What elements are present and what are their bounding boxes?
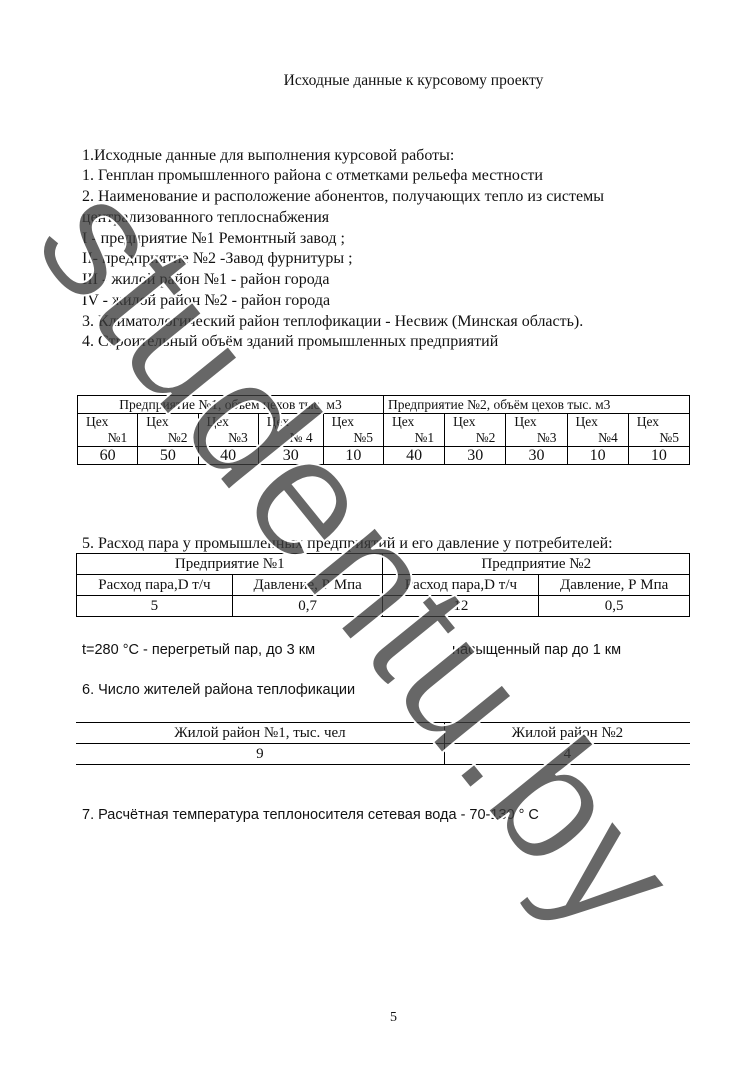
table-cell: 10 xyxy=(323,447,383,465)
table-group-header: Предприятие №1, объём цехов тыс. м3 xyxy=(78,396,384,414)
text-line: 3. Климатологический район теплофикации … xyxy=(82,313,583,331)
workshop-number: №1 xyxy=(388,430,440,446)
workshop-number: №3 xyxy=(203,430,254,446)
column-header: Давление, Р Мпа xyxy=(232,575,383,596)
table-cell: 12 xyxy=(383,596,539,617)
table-cell: 9 xyxy=(76,744,444,765)
residents-table: Жилой район №1, тыс. чел Жилой район №2 … xyxy=(76,722,690,765)
text-line: централизованного теплоснабжения xyxy=(82,209,329,227)
workshop-label: Цех xyxy=(142,414,193,430)
workshop-number: №2 xyxy=(142,430,193,446)
steam-note-superheated: t=280 °C - перегретый пар, до 3 км xyxy=(82,642,315,658)
table-cell: 60 xyxy=(78,447,138,465)
workshop-label: Цех xyxy=(449,414,501,430)
column-header: Жилой район №1, тыс. чел xyxy=(76,723,444,744)
section-text: 7. Расчётная температура теплоносителя с… xyxy=(82,807,539,823)
steam-note-saturated: насыщенный пар до 1 км xyxy=(452,642,621,658)
text-line: IV - жилой район №2 - район города xyxy=(82,292,330,310)
workshop-header: Цех№1 xyxy=(383,414,444,447)
text-line: 2. Наименование и расположение абонентов… xyxy=(82,188,604,206)
workshop-number: № 4 xyxy=(263,430,319,446)
workshop-label: Цех xyxy=(633,414,685,430)
table-cell: 30 xyxy=(258,447,323,465)
table-cell: 0,5 xyxy=(539,596,690,617)
workshop-number: №2 xyxy=(449,430,501,446)
column-header: Жилой район №2 xyxy=(444,723,690,744)
table-cell: 40 xyxy=(383,447,444,465)
table-cell: 0,7 xyxy=(232,596,383,617)
building-volume-table: Предприятие №1, объём цехов тыс. м3 Пред… xyxy=(77,395,690,465)
table-cell: 10 xyxy=(567,447,628,465)
workshop-number: №4 xyxy=(572,430,624,446)
workshop-header: Цех№2 xyxy=(445,414,506,447)
table-cell: 30 xyxy=(445,447,506,465)
page-number: 5 xyxy=(0,1010,747,1026)
workshop-label: Цех xyxy=(203,414,254,430)
workshop-label: Цех xyxy=(572,414,624,430)
text-line: III - жилой район №1 - район города xyxy=(82,271,329,289)
workshop-header: Цех№1 xyxy=(78,414,138,447)
workshop-number: №3 xyxy=(510,430,562,446)
workshop-label: Цех xyxy=(263,414,319,430)
column-header: Расход пара,D т/ч xyxy=(383,575,539,596)
workshop-header: Цех№3 xyxy=(198,414,258,447)
workshop-label: Цех xyxy=(82,414,133,430)
table-cell: 40 xyxy=(198,447,258,465)
workshop-header: Цех№4 xyxy=(567,414,628,447)
workshop-header: Цех№5 xyxy=(323,414,383,447)
workshop-label: Цех xyxy=(388,414,440,430)
section-heading: 6. Число жителей района теплофикации xyxy=(82,682,355,698)
document-title: Исходные данные к курсовому проекту xyxy=(0,72,747,90)
column-header: Давление, Р Мпа xyxy=(539,575,690,596)
text-line: I - предприятие №1 Ремонтный завод ; xyxy=(82,230,345,248)
table-cell: 30 xyxy=(506,447,567,465)
steam-consumption-table: Предприятие №1 Предприятие №2 Расход пар… xyxy=(76,553,690,617)
workshop-number: №5 xyxy=(328,430,379,446)
workshop-label: Цех xyxy=(328,414,379,430)
text-line: II- предприятие №2 -Завод фурнитуры ; xyxy=(82,250,353,268)
table-cell: 10 xyxy=(628,447,689,465)
workshop-number: №5 xyxy=(633,430,685,446)
column-header: Расход пара,D т/ч xyxy=(77,575,233,596)
workshop-number: №1 xyxy=(82,430,133,446)
table-group-header: Предприятие №1 xyxy=(77,554,383,575)
table-group-header: Предприятие №2 xyxy=(383,554,690,575)
workshop-label: Цех xyxy=(510,414,562,430)
workshop-header: Цех№ 4 xyxy=(258,414,323,447)
text-line: 1. Генплан промышленного района с отметк… xyxy=(82,167,543,185)
workshop-header: Цех№5 xyxy=(628,414,689,447)
table-group-header: Предприятие №2, объём цехов тыс. м3 xyxy=(383,396,689,414)
workshop-header: Цех№3 xyxy=(506,414,567,447)
table-cell: 5 xyxy=(77,596,233,617)
table-cell: 50 xyxy=(138,447,198,465)
table-cell: 4 xyxy=(444,744,690,765)
workshop-header: Цех№2 xyxy=(138,414,198,447)
text-line: 4. Строительный объём зданий промышленны… xyxy=(82,333,498,351)
text-line: 1.Исходные данные для выполнения курсово… xyxy=(82,147,454,165)
section-heading: 5. Расход пара у промышленных предприяти… xyxy=(82,535,613,553)
